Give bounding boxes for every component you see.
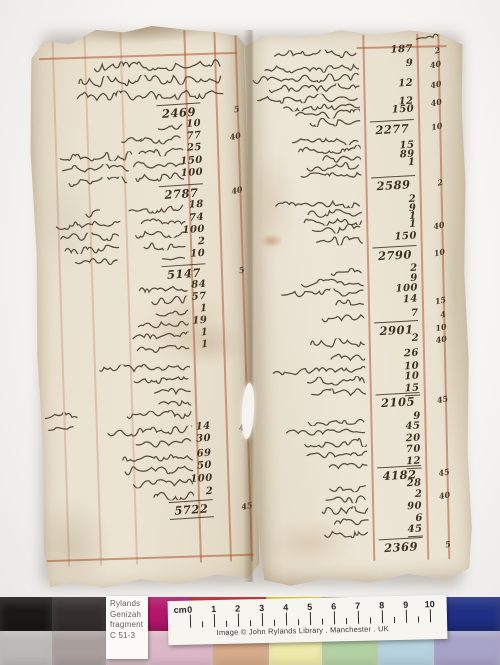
column-mark: 2 <box>437 177 444 188</box>
ruler-tick-major <box>238 614 240 627</box>
handwritten-script <box>320 506 368 516</box>
handwritten-script <box>139 135 183 145</box>
ruler-tick-minor <box>346 618 348 624</box>
handwritten-script <box>329 353 365 363</box>
handwritten-script <box>285 426 367 437</box>
script-note <box>73 256 117 266</box>
handwritten-script <box>125 410 191 421</box>
ruler-tick-major <box>214 614 216 627</box>
column-mark: 45 <box>437 466 450 478</box>
column-mark: 5 <box>444 539 451 550</box>
handwritten-script <box>142 241 186 251</box>
handwritten-script <box>152 491 194 501</box>
handwritten-script <box>157 398 191 408</box>
column-mark: 4 <box>440 309 447 320</box>
entry-amount: 7 <box>410 308 418 319</box>
handwritten-script <box>160 253 186 263</box>
column-mark: 2 <box>434 45 441 56</box>
column-mark: 10 <box>430 120 443 132</box>
handwritten-script <box>320 313 364 323</box>
entry-amount: 150 <box>391 103 414 115</box>
entry-amount: 10 <box>190 248 206 260</box>
entry-amount: 69 <box>196 448 212 460</box>
entry-amount: 187 <box>390 43 413 55</box>
entry-amount: 2589 <box>371 175 416 193</box>
ledger-row: 279010 <box>249 248 467 265</box>
handwritten-script <box>134 229 186 240</box>
calibration-patch <box>0 631 52 665</box>
ledger-row: 23695 <box>255 540 473 557</box>
entry-amount: 2790 <box>372 245 417 263</box>
entry-amount: 1 <box>199 303 207 314</box>
handwritten-script <box>153 387 191 397</box>
handwritten-script <box>98 363 190 375</box>
ruler-tick-minor <box>394 617 396 623</box>
entry-amount: 26 <box>404 348 420 360</box>
handwritten-script <box>131 332 189 343</box>
ruler-number: 6 <box>327 601 341 611</box>
handwritten-script <box>127 204 185 215</box>
entry-amount: 57 <box>191 291 207 303</box>
ruler-tick-major <box>382 610 384 623</box>
column-mark: 10 <box>433 246 446 258</box>
ruled-line-horizontal <box>47 554 254 563</box>
ruler: cm 012345678910 Image © John Rylands Lib… <box>168 595 448 645</box>
entry-amount: 45 <box>405 420 421 432</box>
column-mark: 10 <box>434 321 447 333</box>
ledger-header-row <box>28 86 245 105</box>
ruler-tick-major <box>334 611 336 624</box>
entry-amount: 150 <box>394 230 417 242</box>
handwritten-script <box>136 320 188 331</box>
entry-amount: 6 <box>415 513 423 524</box>
ruler-tick-minor <box>322 619 324 625</box>
handwritten-script <box>137 147 183 157</box>
script-note <box>63 244 119 255</box>
entry-amount: 9 <box>405 58 413 69</box>
script-note <box>84 208 100 217</box>
script-note <box>59 232 119 243</box>
entry-amount: 19 <box>192 315 208 327</box>
handwritten-script <box>137 284 187 295</box>
catalog-label: RylandsGenizahfragmentC 51-3 <box>106 596 148 659</box>
entry-amount: 77 <box>186 130 202 142</box>
calibration-patch <box>52 631 106 665</box>
handwritten-script <box>106 426 192 438</box>
column-mark: 40 <box>230 184 243 196</box>
manuscript-page-left: 2469510774025150100278740187410021051475… <box>26 21 261 594</box>
column-mark: 40 <box>429 78 442 90</box>
column-mark: 45 <box>436 393 449 405</box>
entry-amount: 14 <box>196 421 212 433</box>
handwritten-script <box>303 438 367 448</box>
entry-amount: 1 <box>200 327 208 338</box>
entry-amount: 2 <box>197 236 205 247</box>
column-mark: 40 <box>435 333 448 345</box>
ruler-number: 8 <box>375 600 389 610</box>
column-mark: 5 <box>233 103 241 114</box>
label-text-line: C 51-3 <box>110 631 148 642</box>
label-text-line: Rylands <box>110 599 148 610</box>
manuscript-fold-crease <box>243 30 261 582</box>
entry-amount: 30 <box>196 433 212 445</box>
entry-amount: 2369 <box>379 537 424 555</box>
entry-amount: 70 <box>406 443 422 455</box>
ruler-number: 4 <box>279 602 293 612</box>
handwritten-script <box>305 376 365 386</box>
ruler-tick-minor <box>418 616 420 622</box>
handwritten-script <box>156 123 182 133</box>
handwritten-script <box>134 172 184 183</box>
entry-amount: 10 <box>404 370 420 382</box>
ruler-tick-minor <box>226 621 228 627</box>
entry-amount: 74 <box>189 212 205 224</box>
entry-amount: 1 <box>407 157 415 168</box>
column-mark: 40 <box>429 58 442 70</box>
entry-amount: 14 <box>403 294 419 306</box>
column-mark: 40 <box>432 219 445 231</box>
entry-amount: 2105 <box>376 392 421 410</box>
entry-amount: 12 <box>398 78 414 90</box>
script-note <box>120 136 142 146</box>
entry-amount: 1 <box>200 339 208 350</box>
handwritten-script <box>315 236 363 246</box>
handwritten-script <box>139 217 185 227</box>
handwritten-script <box>328 483 368 493</box>
handwritten-script <box>309 338 365 348</box>
entry-amount: 10 <box>186 118 202 130</box>
handwritten-script <box>305 449 367 459</box>
ruler-tick-major <box>406 610 408 623</box>
ruler-number: 0 <box>183 605 197 615</box>
handwritten-script <box>150 296 188 306</box>
entry-amount: 90 <box>407 500 423 512</box>
entry-amount: 2 <box>205 486 213 497</box>
handwritten-script <box>121 453 193 464</box>
handwritten-script <box>75 87 223 103</box>
paper-stain <box>206 21 236 34</box>
entry-amount: 100 <box>180 167 203 179</box>
handwritten-script <box>310 224 362 234</box>
ruler-tick-major <box>286 612 288 625</box>
ruler-tick-minor <box>274 620 276 626</box>
ruler-tick-minor <box>250 620 252 626</box>
ruler-number: 5 <box>303 602 317 612</box>
handwritten-script <box>323 529 369 539</box>
handwritten-script <box>332 518 368 528</box>
paper-stain <box>76 21 207 46</box>
entry-amount: 28 <box>406 477 422 489</box>
ruler-tick-minor <box>298 619 300 625</box>
script-note <box>414 33 440 43</box>
entry-amount: 18 <box>189 199 205 211</box>
ruler-tick-major <box>430 609 432 622</box>
script-note <box>67 176 127 187</box>
script-note <box>43 412 77 422</box>
ruler-number: 3 <box>255 603 269 613</box>
copyright-credit: Image © John Rylands Library . Mancheste… <box>168 623 437 638</box>
entry-amount: 2 <box>414 489 422 500</box>
handwritten-script <box>324 494 368 504</box>
entry-amount: 20 <box>406 432 422 444</box>
entry-amount: 1 <box>409 219 417 230</box>
handwritten-script <box>134 438 192 449</box>
ruler-number: 2 <box>231 603 245 613</box>
ruler-tick-minor <box>202 621 204 627</box>
ruler-number: 1 <box>207 604 221 614</box>
calibration-patch <box>0 597 52 631</box>
ruler-tick-minor <box>370 618 372 624</box>
label-text-line: fragment <box>110 620 148 631</box>
entry-amount: 2 <box>411 333 419 344</box>
ruler-number: 10 <box>423 599 437 609</box>
entry-amount: 100 <box>190 473 213 485</box>
photograph-background: 2469510774025150100278740187410021051475… <box>0 0 500 665</box>
handwritten-script <box>135 344 189 355</box>
handwritten-script <box>299 170 361 180</box>
handwritten-script <box>131 478 193 489</box>
entry-amount: 50 <box>197 460 213 472</box>
entry-amount: 45 <box>407 523 423 537</box>
ruler-number: 7 <box>351 601 365 611</box>
handwritten-script <box>280 288 364 299</box>
handwritten-script <box>132 375 190 386</box>
handwritten-script <box>154 308 188 318</box>
column-mark: 15 <box>434 294 447 306</box>
ruler-number: 9 <box>399 600 413 610</box>
handwritten-script <box>77 72 223 88</box>
handwritten-script <box>334 299 364 309</box>
handwritten-script <box>131 160 183 171</box>
ruler-tick-major <box>358 611 360 624</box>
ruler-tick-major <box>190 615 192 628</box>
calibration-patch <box>52 597 106 631</box>
manuscript-page-right: 1872940124012401502277101589125892291140… <box>244 25 474 589</box>
color-calibration-bar: RylandsGenizahfragmentC 51-3 cm 01234567… <box>0 597 500 665</box>
entry-amount: 150 <box>180 155 203 167</box>
ruler-tick-major <box>310 612 312 625</box>
handwritten-script <box>273 49 359 60</box>
label-text-line: Genizah <box>110 610 148 621</box>
script-note <box>47 424 75 434</box>
column-mark: 40 <box>438 489 451 501</box>
handwritten-script <box>123 465 193 476</box>
column-mark: 40 <box>229 130 242 142</box>
entry-amount: 5722 <box>169 499 214 520</box>
ruler-tick-major <box>262 613 264 626</box>
entry-amount: 84 <box>191 279 207 291</box>
entry-amount: 100 <box>182 224 205 236</box>
entry-amount: 25 <box>187 142 203 154</box>
